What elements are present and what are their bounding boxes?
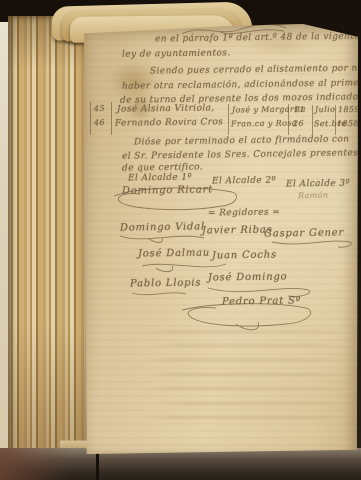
row-name: José Alsina Vitriola,	[117, 103, 215, 114]
row-year: 1859	[338, 105, 360, 114]
row-number: 45	[94, 104, 105, 113]
ink-bleedthrough	[156, 402, 341, 405]
ink-bleedthrough	[144, 330, 344, 333]
signature-flourish-icon	[118, 230, 208, 246]
ink-bleedthrough	[150, 373, 345, 376]
alcalde3-label: El Alcalde 3º	[286, 179, 350, 190]
row-year: 1858	[337, 119, 359, 128]
signature-flourish-icon	[176, 300, 316, 334]
ink-bleedthrough	[142, 358, 347, 361]
table-rule	[228, 104, 229, 135]
table-rule	[312, 105, 313, 135]
manuscript-page: en el párrafo 1º del art.º 48 de la vige…	[84, 24, 358, 454]
handwritten-line: ley de ayuntamientos.	[122, 48, 231, 60]
table-rule	[90, 102, 91, 135]
signature-flourish-icon	[130, 288, 190, 300]
regidores-heading: = Regidores =	[208, 207, 280, 218]
alcalde3-signature: Ramón	[298, 191, 329, 200]
row-day: 26	[293, 119, 304, 128]
table-surface	[0, 448, 361, 480]
row-number: 46	[94, 118, 105, 127]
row-day: 11	[294, 105, 305, 114]
ink-bleedthrough	[154, 344, 344, 347]
signature-flourish-icon	[270, 236, 354, 252]
ink-bleedthrough	[146, 416, 344, 419]
archival-photo: en el párrafo 1º del art.º 48 de la vige…	[0, 0, 361, 480]
row-parents: Fran.ca y Rosa	[231, 119, 297, 129]
alcalde1-label: El Alcalde 1º	[128, 173, 192, 184]
table-rule	[111, 102, 112, 135]
row-name: Fernando Rovira Cros	[115, 117, 223, 129]
row-month: Julio	[315, 105, 335, 114]
regidor-signature: Javier Ribas	[202, 225, 273, 237]
ink-bleedthrough	[144, 387, 344, 390]
book-page-edges	[8, 16, 92, 458]
